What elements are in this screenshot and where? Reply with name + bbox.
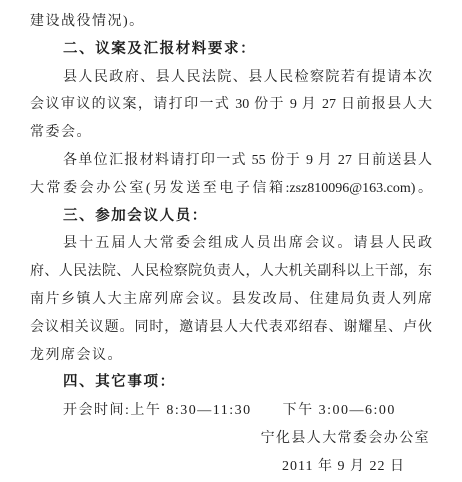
section-heading-4: 四、其它事项： <box>30 369 432 397</box>
document-line: 常委会。 <box>30 119 432 147</box>
document-line: 会议相关议题。同时，邀请县人大代表邓绍春、谢耀星、卢伙 <box>30 314 432 342</box>
document-line: 建设战役情况)。 <box>30 8 432 36</box>
document-line: 府、人民法院、人民检察院负责人，人大机关副科以上干部，东 <box>30 258 432 286</box>
document-line: 县人民政府、县人民法院、县人民检察院若有提请本次 <box>30 64 432 92</box>
document-line: 各单位汇报材料请打印一式 55 份于 9 月 27 日前送县人 <box>30 147 432 175</box>
document-line: 南片乡镇人大主席列席会议。县发改局、住建局负责人列席 <box>30 286 432 314</box>
document-line: 龙列席会议。 <box>30 342 432 370</box>
document-line: 县十五届人大常委会组成人员出席会议。请县人民政 <box>30 230 432 258</box>
document-line: 会议审议的议案，请打印一式 30 份于 9 月 27 日前报县人大 <box>30 91 432 119</box>
signature-line: 宁化县人大常委会办公室 <box>30 425 430 453</box>
document-line-times: 开会时间:上午 8:30—11:30 下午 3:00—6:00 <box>30 397 432 425</box>
section-heading-2: 二、议案及汇报材料要求： <box>30 36 432 64</box>
section-heading-3: 三、参加会议人员： <box>30 203 432 231</box>
date-line: 2011 年 9 月 22 日 <box>30 453 405 481</box>
document-page: 建设战役情况)。 二、议案及汇报材料要求： 县人民政府、县人民法院、县人民检察院… <box>0 0 462 482</box>
document-line-email: 大常委会办公室(另发送至电子信箱:zsz810096@163.com)。 <box>30 175 432 203</box>
